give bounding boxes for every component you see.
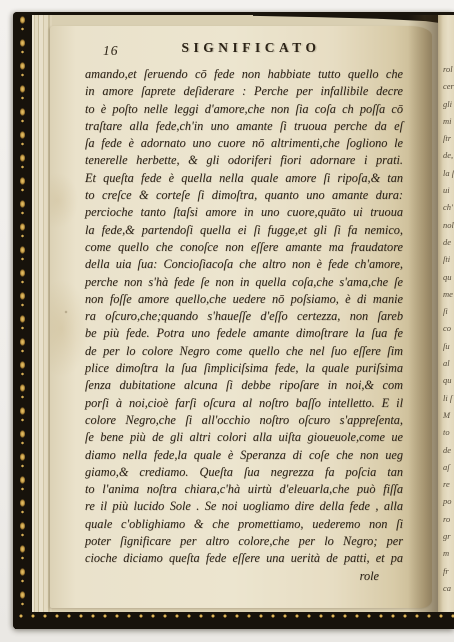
text-line: ca bbox=[443, 580, 454, 597]
text-line: ui bbox=[443, 182, 454, 199]
text-line: ch' bbox=[443, 199, 454, 216]
text-line: to bbox=[443, 424, 454, 441]
gilt-tooling-left bbox=[13, 12, 32, 629]
text-line: amando,et ſeruendo cō fede non habbiate … bbox=[85, 66, 403, 83]
page-header: 16 SIGNIFICATO bbox=[85, 40, 403, 62]
text-line: me bbox=[443, 286, 454, 303]
text-line: cioche diciamo queſta fede eſſere una ue… bbox=[85, 550, 403, 567]
text-line: ſu bbox=[443, 338, 454, 355]
text-line: gr bbox=[443, 528, 454, 545]
text-line: de bbox=[443, 442, 454, 459]
text-line: po bbox=[443, 493, 454, 510]
text-line: aſ bbox=[443, 459, 454, 476]
text-line: ſtr bbox=[443, 130, 454, 147]
facing-page-sliver: rolcerglimiſtrde,la ſuich'noldeſtiqumeſi… bbox=[438, 15, 454, 612]
print-area: 16 SIGNIFICATO amando,et ſeruendo cō fed… bbox=[85, 40, 403, 585]
text-line: m bbox=[443, 545, 454, 562]
text-line: la fede,& partendoſi quella ei ſi fugge,… bbox=[85, 222, 403, 239]
text-line: ſti bbox=[443, 251, 454, 268]
text-line: non foſſe amore quello,che uedere nō poſ… bbox=[85, 291, 403, 308]
text-line: co bbox=[443, 320, 454, 337]
text-line: al bbox=[443, 355, 454, 372]
text-line: ro bbox=[443, 511, 454, 528]
text-line: to creſce & corteſe ſi dimoſtra, quanto … bbox=[85, 187, 403, 204]
text-line: qu bbox=[443, 372, 454, 389]
body-text: amando,et ſeruendo cō fede non habbiate … bbox=[85, 66, 403, 568]
text-line: qu bbox=[443, 269, 454, 286]
text-line: diamo nella fede,la quale è Speranza di … bbox=[85, 447, 403, 464]
text-line: colore Negro,che ſi all'occhio noſtro oſ… bbox=[85, 412, 403, 429]
text-line: ſe bene più de gli altri colori alla uiſ… bbox=[85, 429, 403, 446]
book: 16 SIGNIFICATO amando,et ſeruendo cō fed… bbox=[13, 12, 454, 629]
text-line: be più fede. Potra uno fedele amante dim… bbox=[85, 325, 403, 342]
text-line: ſenza dubitatione alcuna ſi debbe ripoſa… bbox=[85, 377, 403, 394]
text-line: porſi à noi,cioè farſi oſcura al noſtro … bbox=[85, 395, 403, 412]
text-line: fr bbox=[443, 563, 454, 580]
text-line: traſtare alla fede,ch'in uno amante ſi t… bbox=[85, 118, 403, 135]
text-line: quale c'oblighiamo & che promettiamo, ue… bbox=[85, 516, 403, 533]
text-line: ſa fede è adornato uno cuore nō altrimen… bbox=[85, 135, 403, 152]
text-line: plice dimoſtra la ſua ſimpliciſsima fede… bbox=[85, 360, 403, 377]
catchword: role bbox=[85, 568, 403, 585]
text-line: nol bbox=[443, 217, 454, 234]
text-line: de bbox=[443, 234, 454, 251]
facing-page-fragments: rolcerglimiſtrde,la ſuich'noldeſtiqumeſi… bbox=[438, 15, 454, 597]
text-line: Et queſta fede è quella nella quale amor… bbox=[85, 170, 403, 187]
text-line: ra oſcuro,che;quando s'haueſſe d'eſſo ce… bbox=[85, 308, 403, 325]
running-title: SIGNIFICATO bbox=[85, 40, 403, 56]
text-line: la ſ bbox=[443, 165, 454, 182]
text-line: to l'anima noſtra chiara,c'hà uirtù d'el… bbox=[85, 481, 403, 498]
text-line: giamo,& crediamo. Queſta ſua negrezza fa… bbox=[85, 464, 403, 481]
text-line: perche non s'hà fede ſe non in quella co… bbox=[85, 274, 403, 291]
photograph-backdrop: 16 SIGNIFICATO amando,et ſeruendo cō fed… bbox=[0, 0, 454, 642]
text-line: ſi bbox=[443, 303, 454, 320]
text-line: gli bbox=[443, 96, 454, 113]
text-line: rol bbox=[443, 61, 454, 78]
text-line: re il più lucido Sole . Se noi uogliamo … bbox=[85, 498, 403, 515]
text-line: de, bbox=[443, 147, 454, 164]
text-line: to è poſto nelle leggi d'amore,che non ſ… bbox=[85, 101, 403, 118]
page-number: 16 bbox=[103, 43, 119, 59]
text-line: tenerelle herbette, & gli odoriferi fior… bbox=[85, 152, 403, 169]
book-cover-edge-bottom bbox=[15, 612, 454, 629]
book-page: 16 SIGNIFICATO amando,et ſeruendo cō fed… bbox=[50, 26, 432, 608]
text-line: M bbox=[443, 407, 454, 424]
text-line: de per lo colore Negro come quello che n… bbox=[85, 343, 403, 360]
text-line: cer bbox=[443, 78, 454, 95]
text-line: mi bbox=[443, 113, 454, 130]
text-line: in amore ſaprete deſiderare : Perche per… bbox=[85, 83, 403, 100]
text-line: re bbox=[443, 476, 454, 493]
text-line: percioche tanto ſtaſsi amore in uno cuor… bbox=[85, 204, 403, 221]
text-line: della uia ſua: Concioſiacoſa che altro n… bbox=[85, 256, 403, 273]
text-line: poter ſignificare per altro colore,che p… bbox=[85, 533, 403, 550]
text-line: come quello che conoſce non eſſere amant… bbox=[85, 239, 403, 256]
text-line: li ſ bbox=[443, 390, 454, 407]
